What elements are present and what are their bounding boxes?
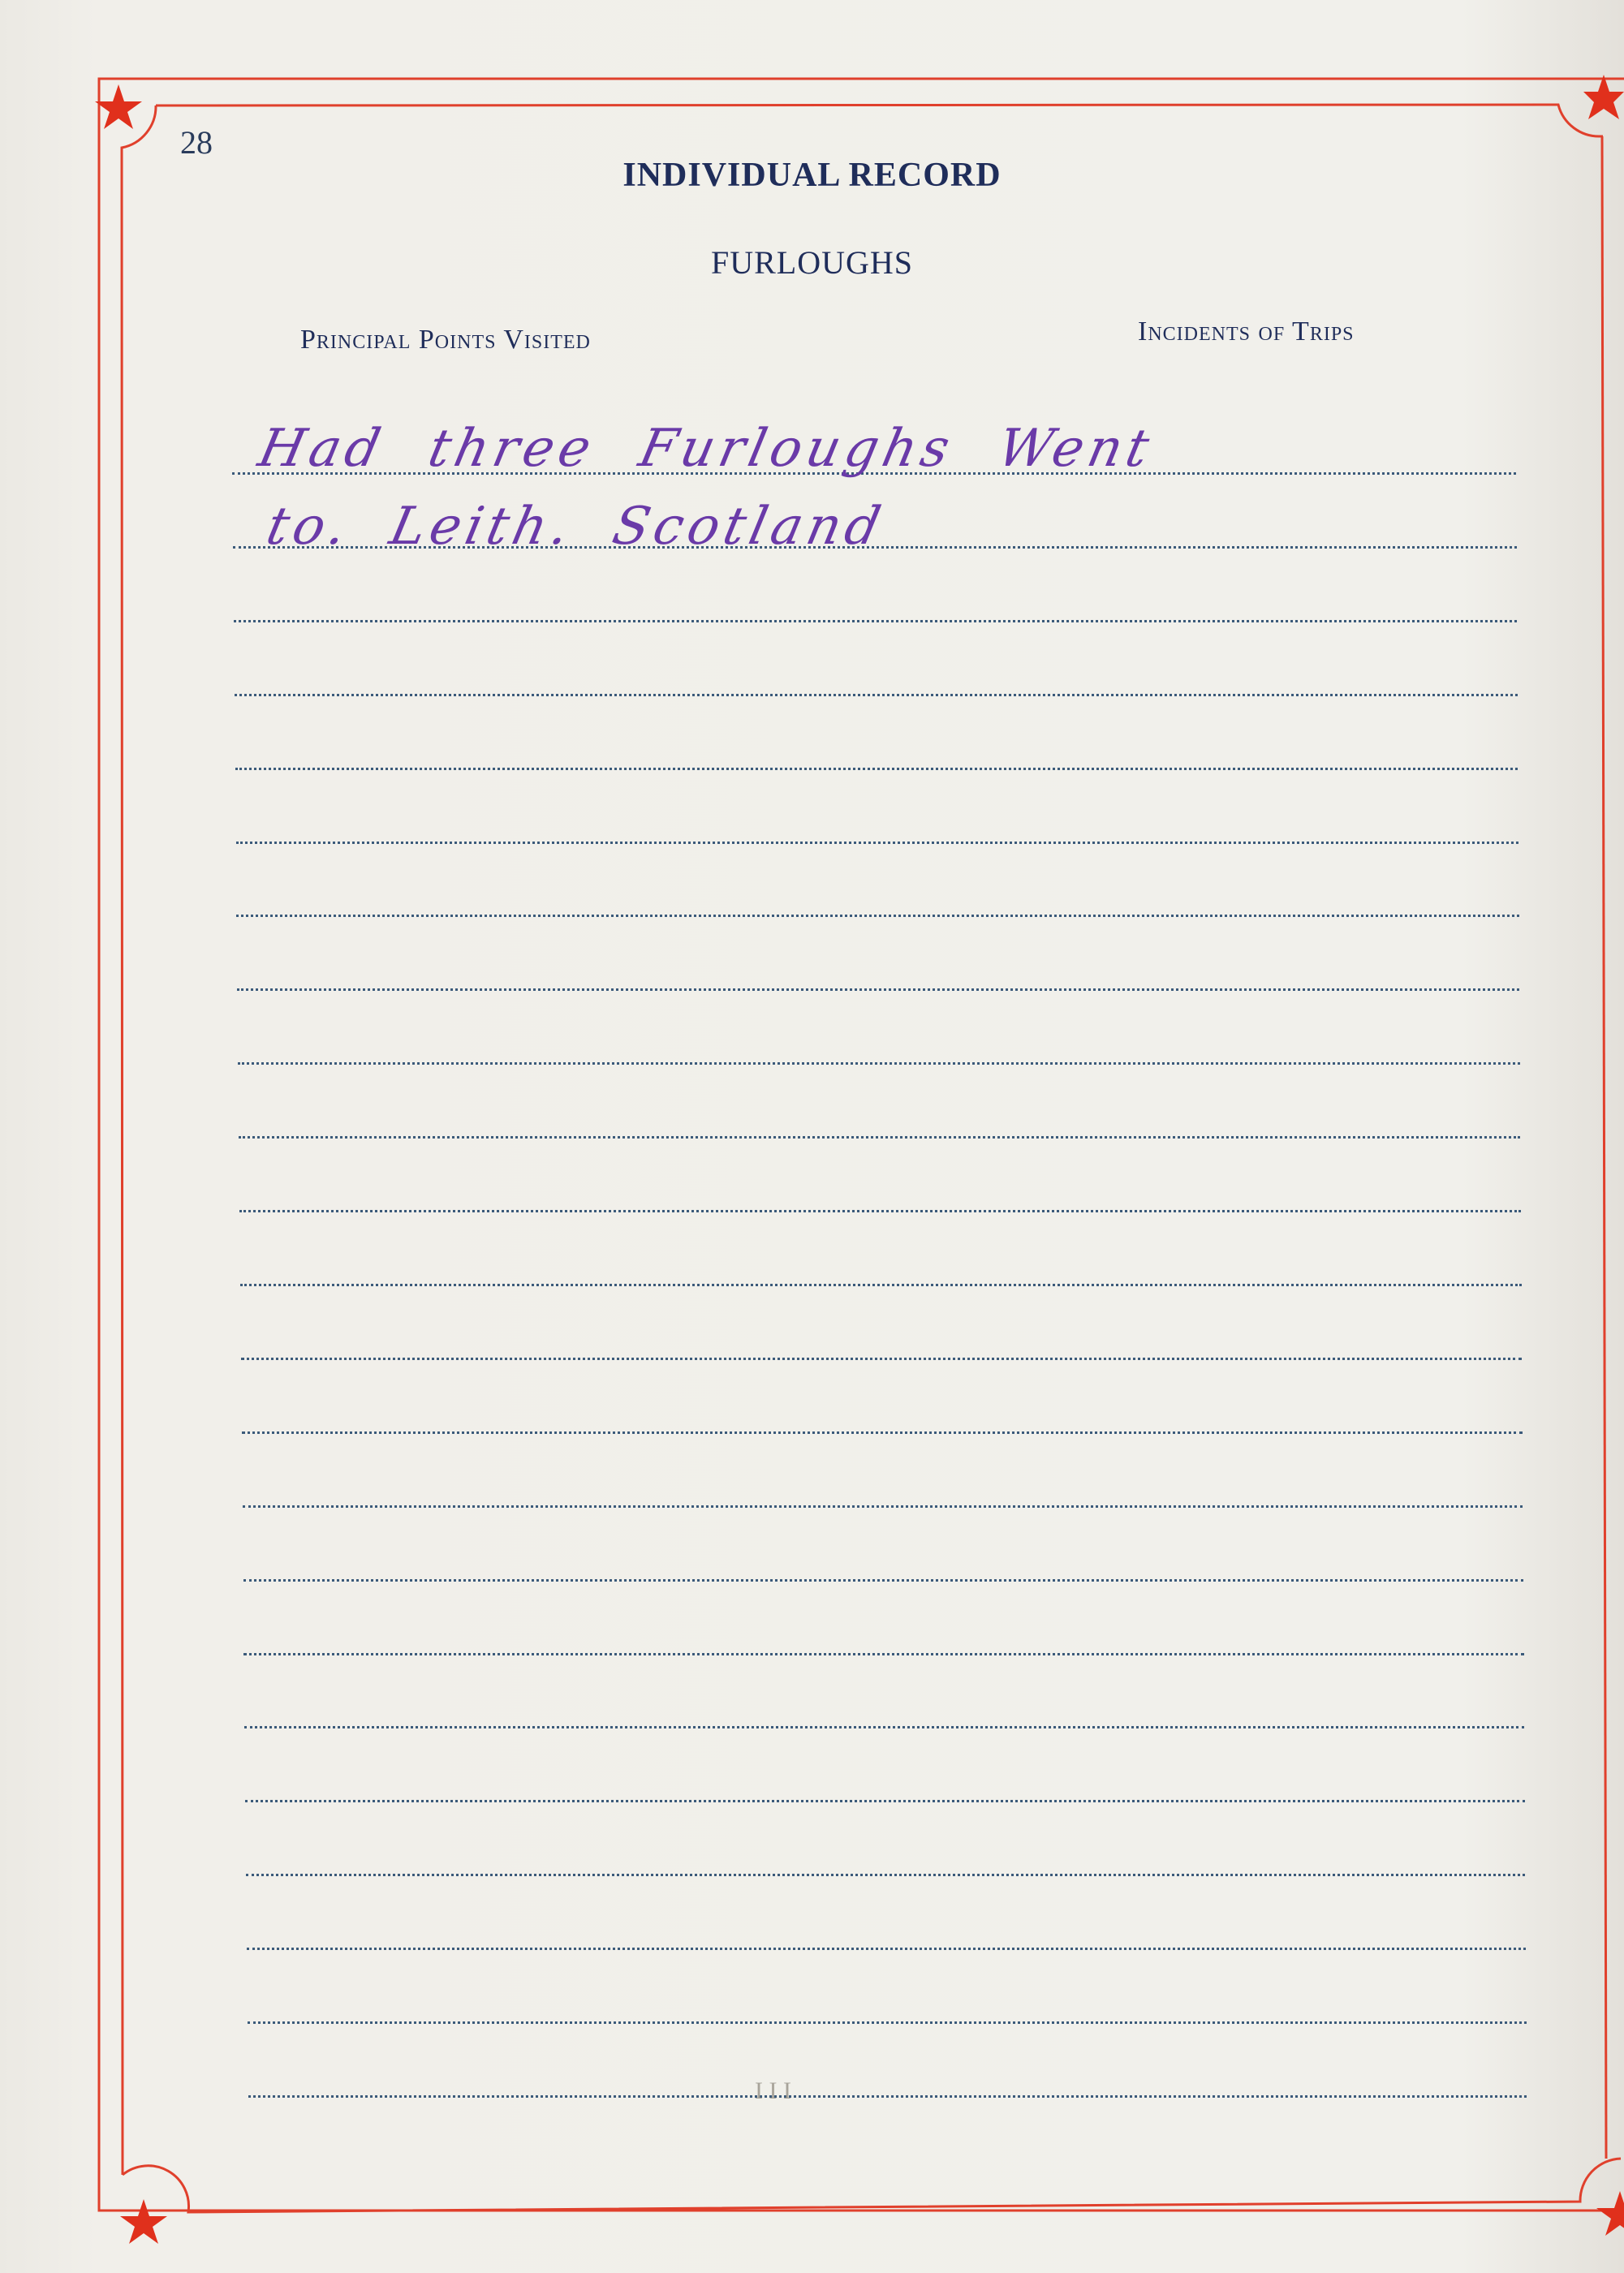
ruled-line: [239, 1136, 1520, 1139]
section-title: FURLOUGHS: [0, 243, 1624, 282]
ruled-line: [244, 1726, 1524, 1728]
column-header-principal-points: Principal Points Visited: [300, 325, 591, 355]
ruled-line: [248, 2095, 1527, 2098]
star-icon: [95, 75, 1624, 2244]
column-header-incidents: Incidents of Trips: [1138, 316, 1355, 347]
ruled-line: [240, 1284, 1522, 1286]
faint-bleedthrough-mark: I I I: [755, 2077, 791, 2105]
ruled-line: [242, 1431, 1523, 1434]
ruled-line: [243, 1579, 1524, 1582]
ruled-line: [236, 915, 1518, 917]
handwritten-line-1: Had three Furloughs Went: [253, 419, 1159, 479]
ruled-line: [236, 842, 1519, 844]
ruled-line: [235, 694, 1518, 696]
handwritten-line-2: to. Leith. Scotland: [261, 497, 890, 557]
ruled-line: [238, 1062, 1520, 1065]
ruled-line: [245, 1800, 1525, 1802]
ruled-line: [243, 1653, 1523, 1655]
ruled-line: [243, 1505, 1523, 1508]
ruled-line: [246, 1874, 1525, 1876]
ruled-line: [239, 1210, 1521, 1212]
record-page: 28 INDIVIDUAL RECORD FURLOUGHS Principal…: [0, 0, 1624, 2273]
ruled-line: [247, 1948, 1526, 1950]
page-title: INDIVIDUAL RECORD: [0, 156, 1624, 195]
ruled-line: [237, 988, 1519, 991]
ruled-line: [241, 1358, 1522, 1360]
ruled-line: [248, 2021, 1527, 2024]
ruled-line: [234, 620, 1517, 622]
ruled-line: [235, 768, 1518, 770]
